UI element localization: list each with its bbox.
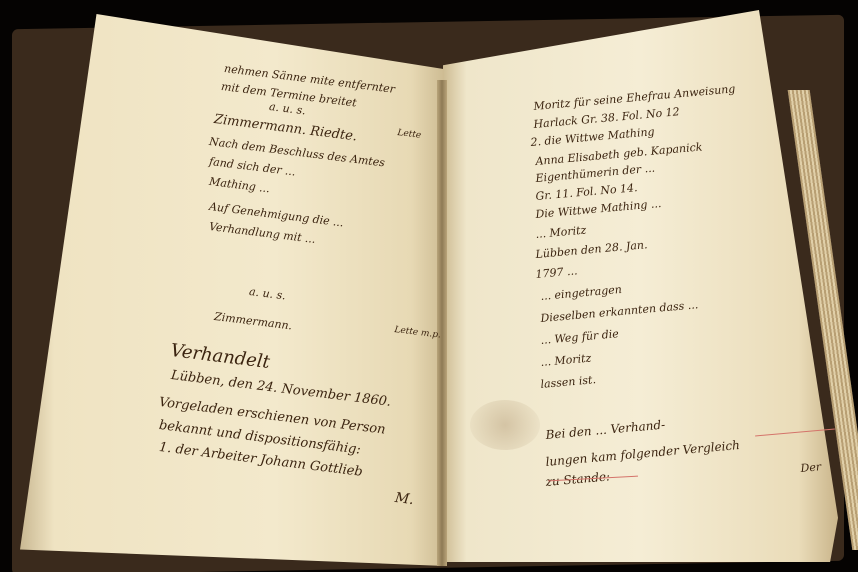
paper-stain [470, 400, 540, 450]
initial-m: M. [394, 490, 415, 508]
open-book-photo: nehmen Sänne mite entfernter mit dem Ter… [0, 0, 858, 572]
marginal-word: Der [800, 460, 822, 475]
book-gutter [437, 80, 447, 566]
